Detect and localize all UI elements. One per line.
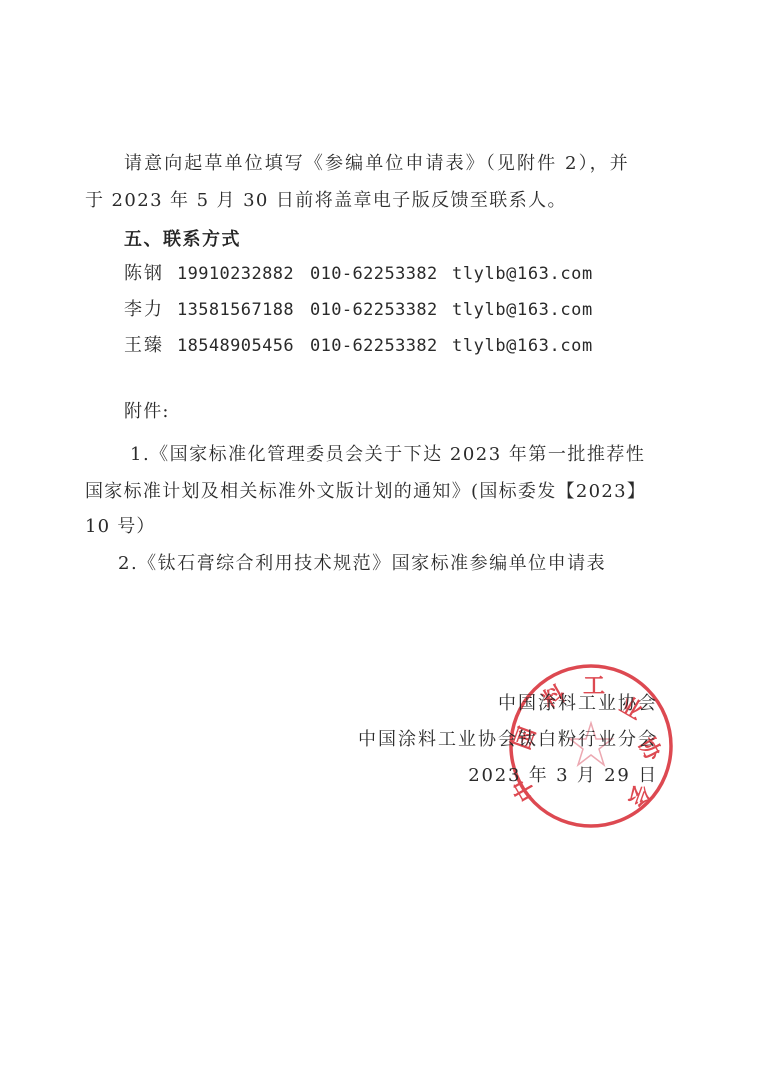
attachment-item-1-line-3: 10 号） [85,515,156,539]
contact-name: 陈钢 [124,262,164,286]
contact-mobile: 19910232882 [177,262,294,286]
signature-date: 2023 年 3 月 29 日 [468,764,658,788]
attachment-item-1-line-1: 1.《国家标准化管理委员会关于下达 2023 年第一批推荐性 [130,443,645,467]
contact-phone: 010-62253382 [310,334,438,358]
contact-mobile: 18548905456 [177,334,294,358]
contact-name: 李力 [124,298,164,322]
contact-phone: 010-62253382 [310,262,438,286]
attachment-item-1-line-2: 国家标准计划及相关标准外文版计划的通知》(国标委发【2023】 [85,480,646,504]
contact-mobile: 13581567188 [177,298,294,322]
contact-email: tlylb@163.com [452,334,593,358]
contact-name: 王臻 [124,334,164,358]
signature-org-1: 中国涂料工业协会 [498,692,658,716]
section-heading-contact: 五、联系方式 [124,228,241,252]
contact-email: tlylb@163.com [452,262,593,286]
request-paragraph-line-2: 于 2023 年 5 月 30 日前将盖章电子版反馈至联系人。 [85,189,567,213]
contact-email: tlylb@163.com [452,298,593,322]
signature-org-2: 中国涂料工业协会钛白粉行业分会 [358,728,658,752]
request-paragraph-line-1: 请意向起草单位填写《参编单位申请表》（见附件 2），并 [124,152,630,176]
attachments-label: 附件: [124,400,170,424]
attachment-item-2: 2.《钛石膏综合利用技术规范》国家标准参编单位申请表 [118,552,606,576]
contact-phone: 010-62253382 [310,298,438,322]
